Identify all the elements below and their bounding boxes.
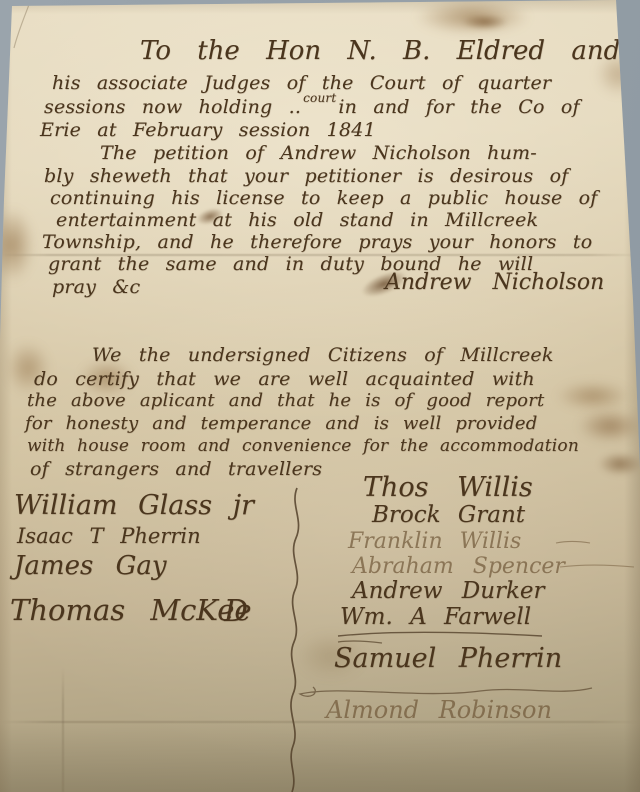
petition-line: entertainment at his old stand in Millcr… — [56, 209, 538, 231]
heading-line: Erie at February session 1841 — [40, 119, 376, 141]
signature: Almond Robinson — [326, 696, 552, 724]
spence-trailing-stroke — [560, 565, 634, 567]
fold-crease — [62, 668, 64, 792]
ink-stain — [578, 410, 640, 442]
paper-sheet: To the Hon N. B. Eldred and his associat… — [0, 0, 640, 792]
petition-line: continuing his license to keep a public … — [50, 187, 598, 209]
scanned-document-photo: To the Hon N. B. Eldred and his associat… — [0, 0, 640, 792]
petition-line: pray &c — [52, 276, 140, 298]
petition-line: bly sheweth that your petitioner is desi… — [44, 165, 568, 187]
signature: Thos Willis — [363, 472, 533, 503]
petition-line: Township, and he therefore prays your ho… — [42, 231, 592, 253]
heading-line: sessions now holding ..courtin and for t… — [44, 96, 580, 118]
heading-line3-pre: sessions now holding .. — [44, 96, 301, 118]
signature: Brock Grant — [372, 502, 525, 528]
certification-line: We the undersigned Citizens of Millcreek — [92, 344, 554, 366]
column-divider-wavy-ink-line — [291, 488, 299, 792]
certification-line: with house room and convenience for the … — [27, 436, 579, 456]
signature: Isaac T Pherrin — [17, 524, 201, 548]
pherrin-flourish — [300, 687, 592, 696]
signature: Wm. A Farwell — [340, 604, 531, 630]
ink-stain — [0, 208, 34, 282]
franklin-trailing-dash — [556, 542, 590, 544]
signature: William Glass jr — [14, 490, 254, 521]
certification-line: of strangers and travellers — [30, 458, 322, 480]
farwell-underline — [338, 632, 542, 636]
ink-stain — [598, 452, 640, 476]
signature: Samuel Pherrin — [334, 643, 562, 674]
petitioner-signature: Andrew Nicholson — [385, 270, 604, 295]
heading-line3-post: in and for the Co of — [338, 96, 579, 118]
inserted-word-court: court — [303, 91, 336, 105]
signature: Thomas McKee — [10, 593, 252, 627]
signature-flourish-mark: D — [224, 594, 248, 629]
certification-line: the above aplicant and that he is of goo… — [27, 390, 544, 411]
signature: Abraham Spencer — [352, 554, 565, 579]
corner-fold-line — [14, 2, 30, 48]
certification-line: do certify that we are well acquainted w… — [34, 368, 535, 390]
signature: Andrew Durker — [352, 578, 545, 604]
certification-line: for honesty and temperance and is well p… — [25, 413, 538, 434]
signature: Franklin Willis — [348, 529, 521, 554]
heading-line: his associate Judges of the Court of qua… — [52, 72, 551, 94]
petition-line: The petition of Andrew Nicholson hum- — [100, 142, 537, 164]
heading-line: To the Hon N. B. Eldred and — [140, 36, 620, 66]
ink-stain — [556, 382, 630, 410]
signature: James Gay — [14, 551, 167, 581]
ink-stain — [462, 14, 508, 30]
